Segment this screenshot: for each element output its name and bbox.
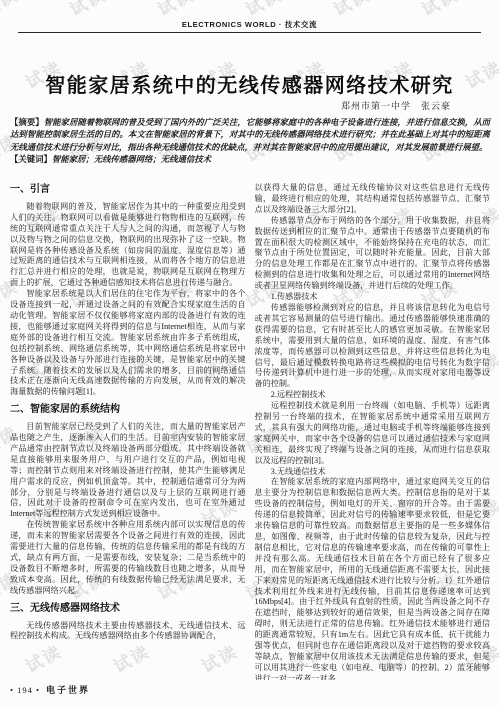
page-number: • 194 • xyxy=(10,685,40,695)
subsection-3-heading: 3.无线通信技术 xyxy=(255,467,491,478)
paragraph-continuation: 以获得大量的信息，通过无线传输协议对这些信息进行无线传输，最终进行相应的处理，其… xyxy=(255,183,491,216)
section-3-heading: 三、无线传感器网络技术 xyxy=(10,604,246,615)
abstract-label: 【摘要】 xyxy=(10,118,44,127)
paper-page: 试读试读试读试读试读试读试读试读试读试读试读试读试读试读试读试读试读试读试读试读… xyxy=(0,0,499,706)
page-footer: • 194 • 电子世界 xyxy=(10,683,90,696)
subsection-2-heading: 2.远程控制技术 xyxy=(255,390,491,401)
journal-header: ELECTRONICS WORLD · 技术交流 xyxy=(0,19,499,30)
subsection-1-heading: 1.传感器技术 xyxy=(255,292,491,303)
paragraph: 远程控制技术就是利用一台终端（如电脑、手机等）远距离控制另一台终端的技术，在智能… xyxy=(255,401,491,466)
paragraph: 无线传感器网络技术主要由传感器技术、无线通信技术、远程控制技术构成。无线传感器网… xyxy=(10,621,246,643)
keywords-label: 【关键词】 xyxy=(10,155,52,164)
abstract-paragraph: 【摘要】智能家居随着物联网的普及受到了国内外的广泛关注，它能够将家庭中的各种电子… xyxy=(10,117,490,154)
keywords-paragraph: 【关键词】智能家居；无线传感器网络；无线通信技术 xyxy=(10,154,490,166)
keywords-text: 智能家居；无线传感器网络；无线通信技术 xyxy=(52,155,211,164)
paragraph: 智能家居系统是以人们居住的住宅作为平台，将家中的各个设备连接到一起，并通过设备之… xyxy=(10,289,246,398)
article-body: 一、引言随着物联网的普及，智能家居作为其中的一种重要应用受到人们的关注。物联网可… xyxy=(10,183,490,680)
abstract-text: 智能家居随着物联网的普及受到了国内外的广泛关注，它能够将家庭中的各种电子设备进行… xyxy=(10,118,490,152)
paragraph: 传感器能够检测到对应的信息，并且将该信息转化为电信号或者其它容易测量的信号进行输… xyxy=(255,303,491,390)
header-divider xyxy=(18,32,481,33)
section-1-heading: 一、引言 xyxy=(10,185,246,196)
right-column: 以获得大量的信息，通过无线传输协议对这些信息进行无线传输，最终进行相应的处理，其… xyxy=(255,183,491,680)
paragraph: 随着物联网的普及，智能家居作为其中的一种重要应用受到人们的关注。物联网可以看做是… xyxy=(10,202,246,289)
author-affiliation: 郑州市第一中学 张云豪 xyxy=(0,99,451,112)
paragraph: 在传统智能家居系统中各种应用系统内部可以实现信息的传递，而未来的智能家居需要各个… xyxy=(10,520,246,596)
journal-name: 电子世界 xyxy=(46,683,90,696)
page-title: 智能家居系统中的无线传感器网络技术研究 xyxy=(0,69,499,98)
paragraph: 目前智能家居已经受到了人们的关注，而大量的智能家居产品也随之产生，逐渐渗入人们的… xyxy=(10,422,246,520)
left-column: 一、引言随着物联网的普及，智能家居作为其中的一种重要应用受到人们的关注。物联网可… xyxy=(10,183,246,680)
abstract-block: 【摘要】智能家居随着物联网的普及受到了国内外的广泛关注，它能够将家庭中的各种电子… xyxy=(10,117,490,167)
section-2-heading: 二、智能家居的系统结构 xyxy=(10,405,246,416)
paragraph: 传感器节点分布于网络的各个部分，用于收集数据，并且将数据传送到相应的汇聚节点中。… xyxy=(255,216,491,292)
paragraph: 在智能家居系统的家庭内部网络中，通过家庭网关交互的信息主要分为控制信息和数据信息… xyxy=(255,477,491,680)
